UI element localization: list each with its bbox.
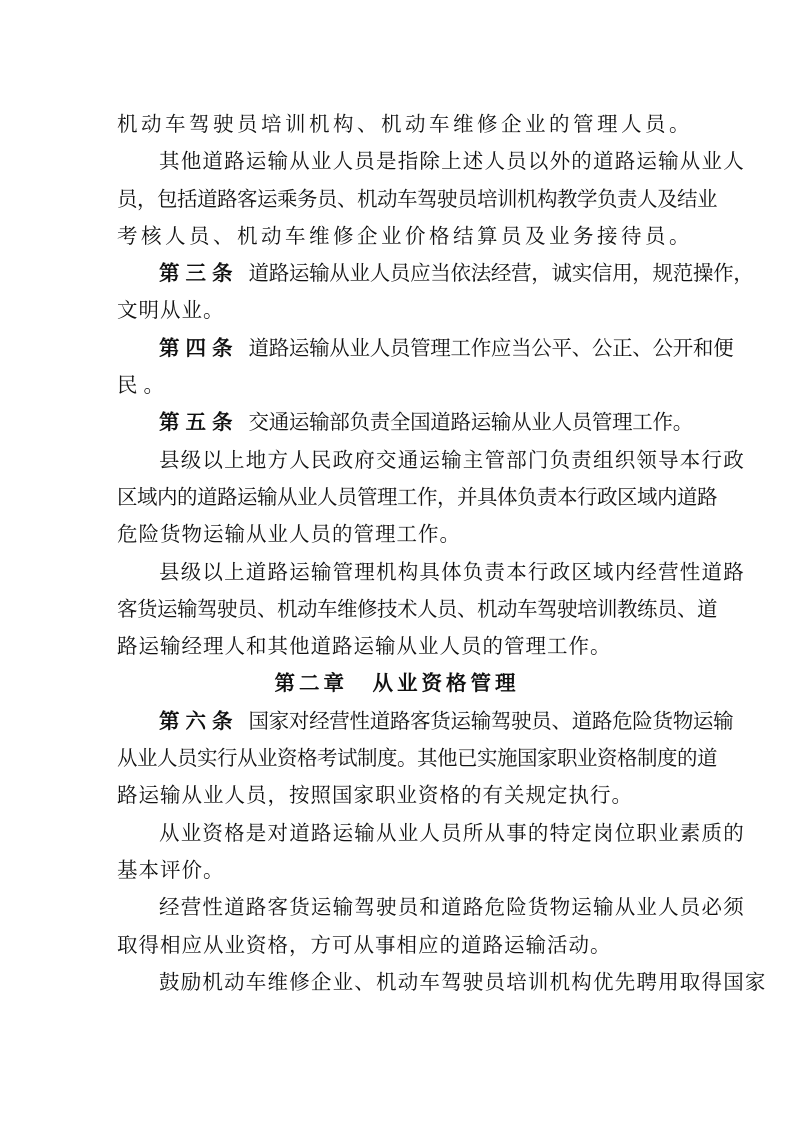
paragraph-start: 经营性道路客货运输驾驶员和道路危险货物运输从业人员必须	[117, 889, 677, 926]
text-line: 路运输经理人和其他道路运输从业人员的管理工作。	[117, 628, 677, 665]
article-text: 道路运输从业人员应当依法经营，诚实信用，规范操作，	[249, 261, 754, 285]
paragraph-start: 其他道路运输从业人员是指除上述人员以外的道路运输从业人	[117, 143, 677, 180]
paragraph-start: 县级以上道路运输管理机构具体负责本行政区域内经营性道路	[117, 554, 677, 591]
article-5: 第五条交通运输部负责全国道路运输从业人员管理工作。	[117, 404, 677, 441]
text-line: 文明从业。	[117, 292, 677, 329]
article-text: 交通运输部负责全国道路运输从业人员管理工作。	[249, 410, 693, 434]
text-line: 区域内的道路运输从业人员管理工作，并具体负责本行政区域内道路	[117, 479, 677, 516]
paragraph-start: 鼓励机动车维修企业、机动车驾驶员培训机构优先聘用取得国家	[117, 964, 677, 1001]
article-4: 第四条道路运输从业人员管理工作应当公平、公正、公开和便	[117, 330, 677, 367]
article-3: 第三条道路运输从业人员应当依法经营，诚实信用，规范操作，	[117, 255, 677, 292]
text-line: 客货运输驾驶员、机动车维修技术人员、机动车驾驶培训教练员、道	[117, 591, 677, 628]
paragraph-start: 从业资格是对道路运输从业人员所从事的特定岗位职业素质的	[117, 815, 677, 852]
article-6: 第六条国家对经营性道路客货运输驾驶员、道路危险货物运输	[117, 703, 677, 740]
text-line: 取得相应从业资格，方可从事相应的道路运输活动。	[117, 927, 677, 964]
text-line: 考核人员、机动车维修企业价格结算员及业务接待员。	[117, 218, 677, 255]
chapter-heading: 第二章 从业资格管理	[117, 665, 677, 702]
text-line: 基本评价。	[117, 852, 677, 889]
article-label: 第五条	[159, 410, 239, 434]
text-line: 员，包括道路客运乘务员、机动车驾驶员培训机构教学负责人及结业	[117, 181, 677, 218]
article-label: 第六条	[159, 709, 239, 733]
document-page: 机动车驾驶员培训机构、机动车维修企业的管理人员。 其他道路运输从业人员是指除上述…	[117, 106, 677, 1001]
text-line: 从业人员实行从业资格考试制度。其他已实施国家职业资格制度的道	[117, 740, 677, 777]
text-line: 民。	[117, 367, 677, 404]
text-line: 危险货物运输从业人员的管理工作。	[117, 516, 677, 553]
paragraph-start: 县级以上地方人民政府交通运输主管部门负责组织领导本行政	[117, 442, 677, 479]
text-line: 路运输从业人员，按照国家职业资格的有关规定执行。	[117, 777, 677, 814]
article-label: 第四条	[159, 336, 239, 360]
article-text: 国家对经营性道路客货运输驾驶员、道路危险货物运输	[249, 709, 734, 733]
text-line: 机动车驾驶员培训机构、机动车维修企业的管理人员。	[117, 106, 677, 143]
article-label: 第三条	[159, 261, 239, 285]
article-text: 道路运输从业人员管理工作应当公平、公正、公开和便	[249, 336, 734, 360]
